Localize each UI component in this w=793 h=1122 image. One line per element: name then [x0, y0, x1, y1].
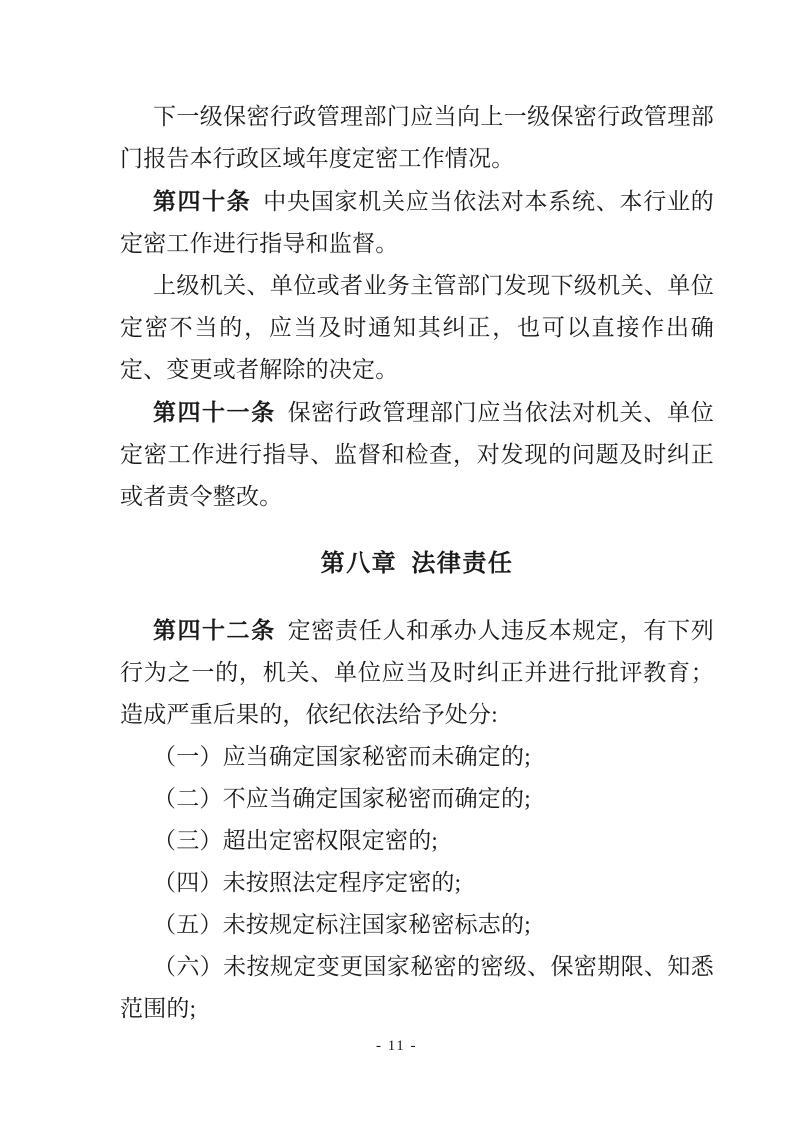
article-paragraph: 第四十二条定密责任人和承办人违反本规定，有下列行为之一的，机关、单位应当及时纠正… [120, 609, 714, 736]
list-item-paragraph: （二）不应当确定国家秘密而确定的; [120, 778, 714, 820]
chapter-heading: 第八章 法律责任 [120, 543, 714, 585]
list-item-paragraph: （三）超出定密权限定密的; [120, 820, 714, 862]
body-paragraph: 下一级保密行政管理部门应当向上一级保密行政管理部门报告本行政区域年度定密工作情况… [120, 96, 714, 180]
list-item-paragraph: （六）未按规定变更国家秘密的密级、保密期限、知悉范围的; [120, 946, 714, 1030]
list-item-paragraph: （五）未按规定标注国家秘密标志的; [120, 904, 714, 946]
page-number: - 11 - [376, 1038, 417, 1054]
document-body: 下一级保密行政管理部门应当向上一级保密行政管理部门报告本行政区域年度定密工作情况… [120, 96, 714, 1030]
list-item-paragraph: （一）应当确定国家秘密而未确定的; [120, 736, 714, 778]
article-number: 第四十二条 [153, 617, 276, 643]
article-number: 第四十一条 [153, 399, 276, 425]
page-footer: - 11 - [0, 1036, 793, 1056]
body-paragraph: 上级机关、单位或者业务主管部门发现下级机关、单位定密不当的，应当及时通知其纠正，… [120, 265, 714, 391]
list-item-paragraph: （四）未按照法定程序定密的; [120, 862, 714, 904]
article-number: 第四十条 [153, 188, 251, 214]
document-page: 下一级保密行政管理部门应当向上一级保密行政管理部门报告本行政区域年度定密工作情况… [0, 0, 793, 1122]
article-paragraph: 第四十条中央国家机关应当依法对本系统、本行业的定密工作进行指导和监督。 [120, 180, 714, 265]
article-paragraph: 第四十一条保密行政管理部门应当依法对机关、单位定密工作进行指导、监督和检查，对发… [120, 391, 714, 518]
